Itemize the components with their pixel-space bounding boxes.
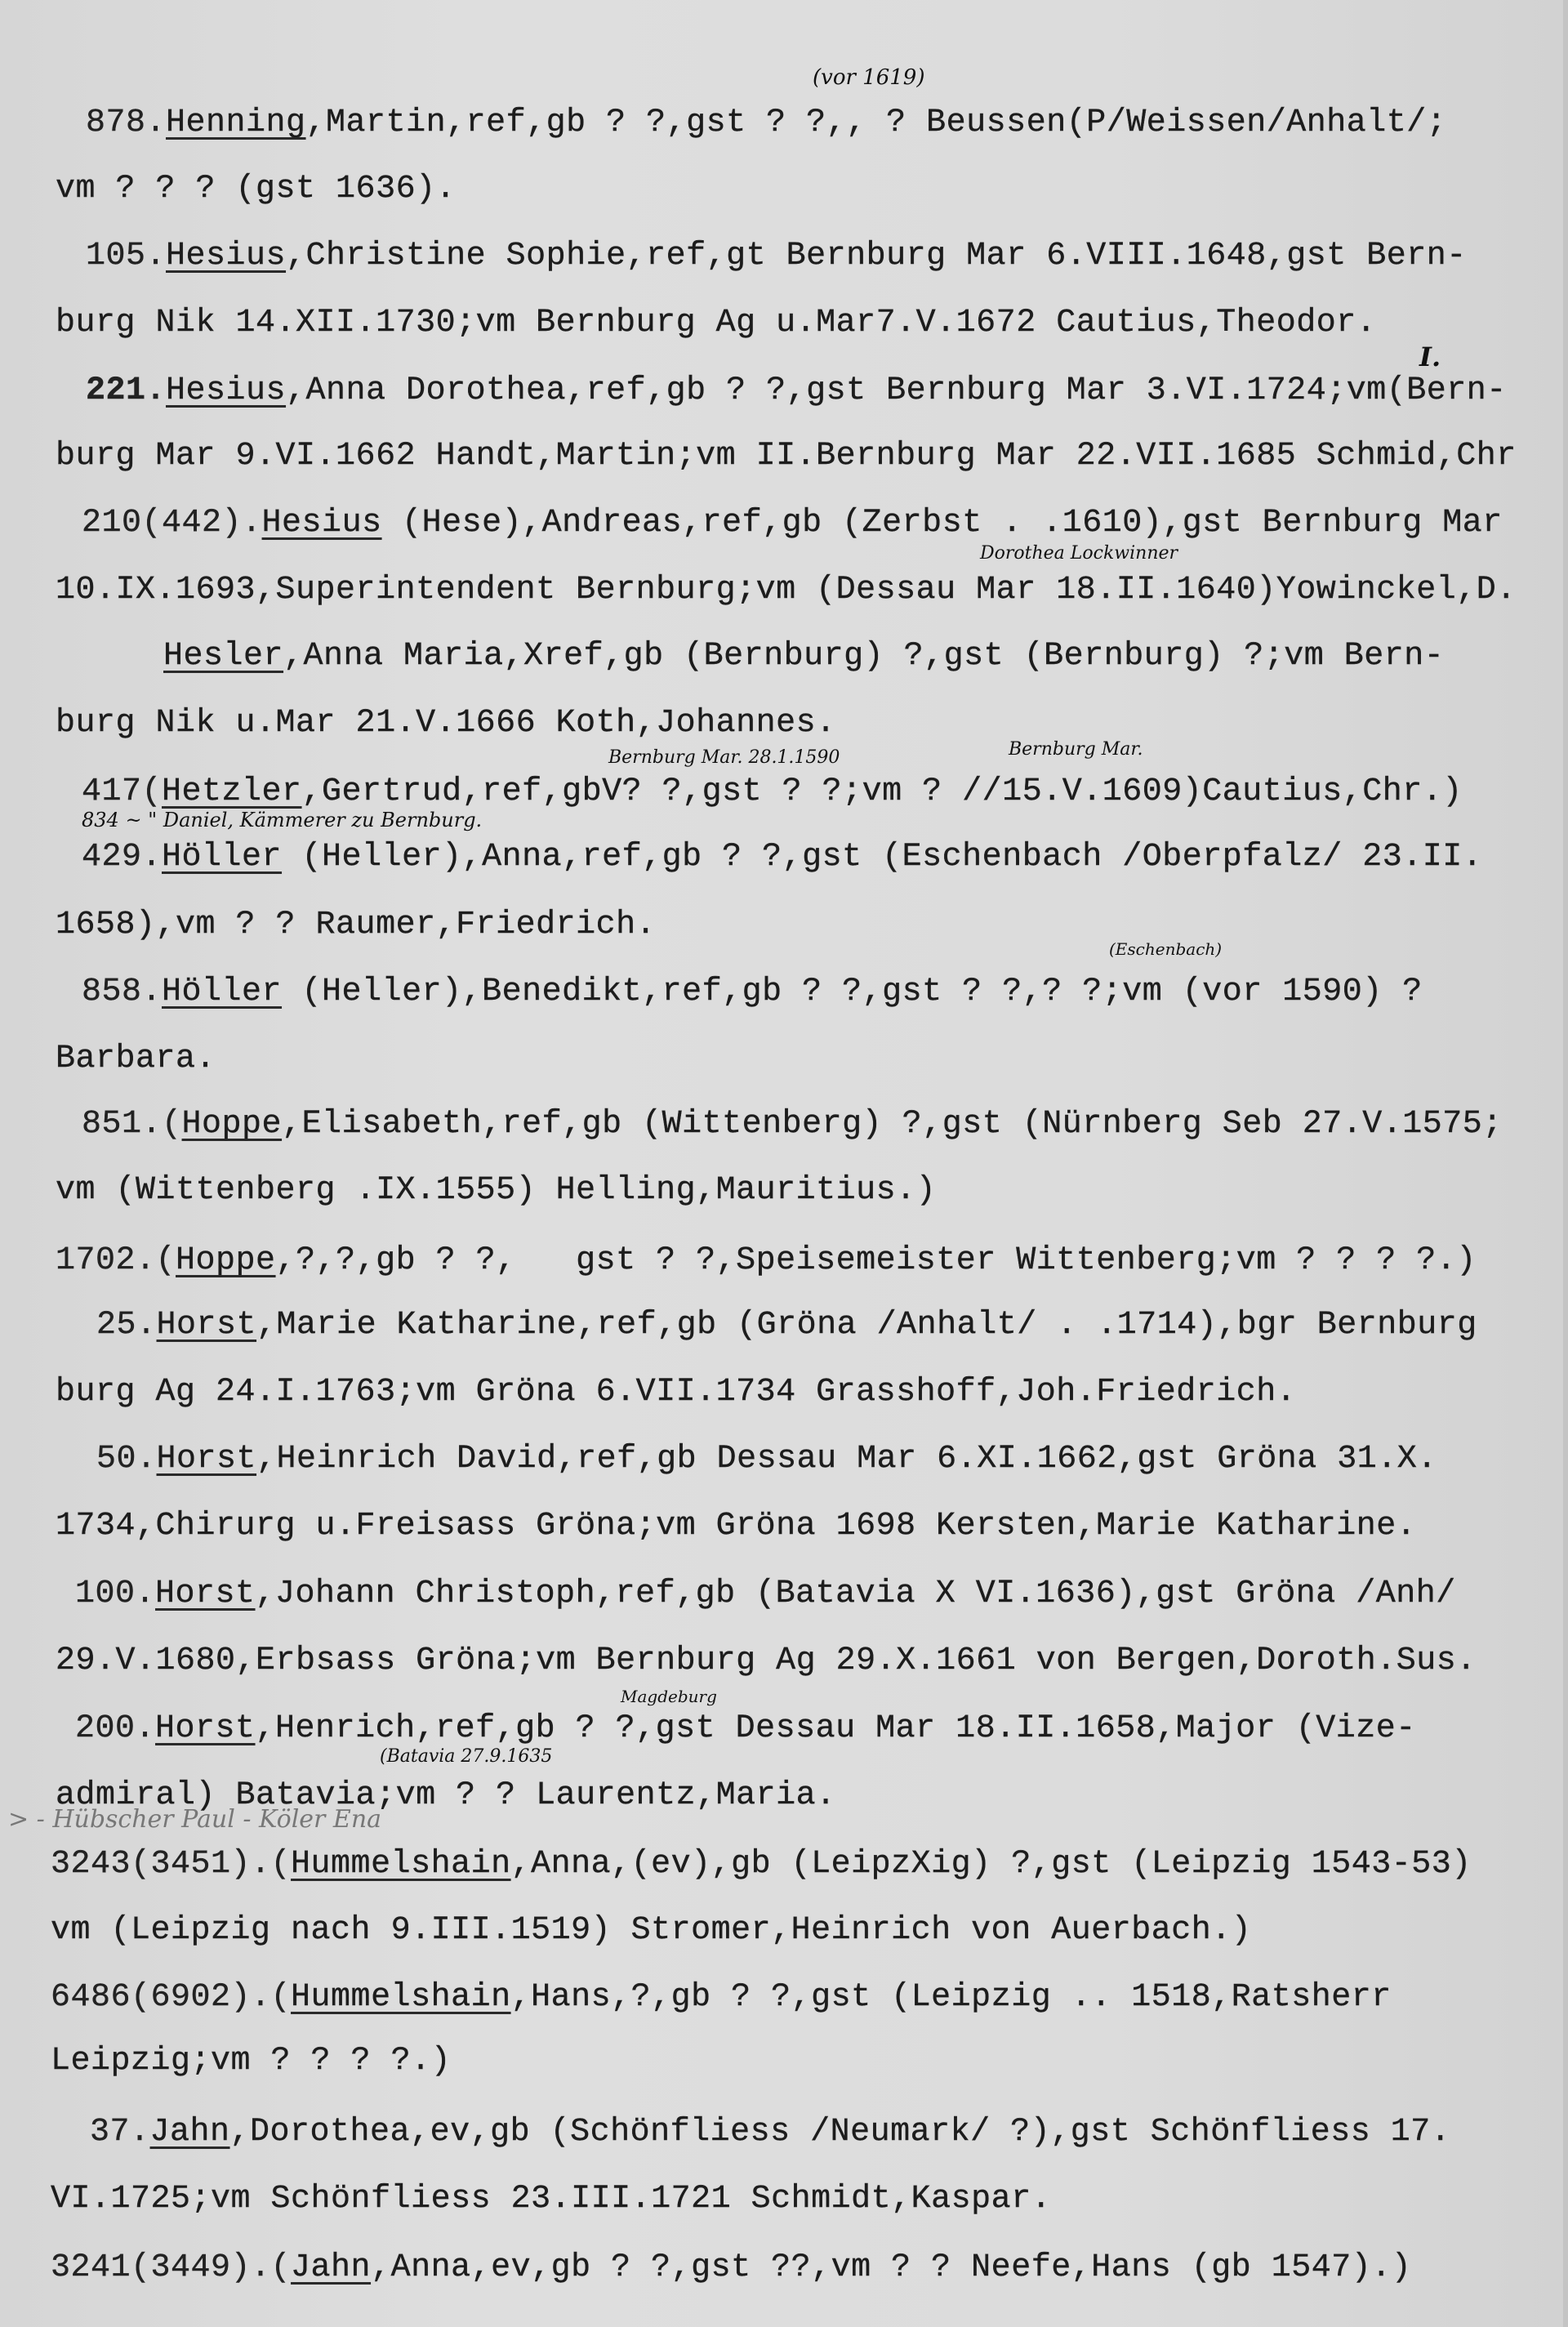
entry-number: 37. <box>90 2114 150 2151</box>
surname: Hesius <box>166 372 286 409</box>
entry-429-line-2: 1658),vm ? ? Raumer,Friedrich. <box>56 906 656 945</box>
entry-text: ,Hans,?,gb ? ?,gst (Leipzig .. 1518,Rats… <box>511 1979 1392 2016</box>
entry-3243-line-1: 3243(3451).(Hummelshain,Anna,(ev),gb (Le… <box>51 1845 1472 1884</box>
entry-text: (Hese),Andreas,ref,gb (Zerbst . .1610),g… <box>382 505 1503 542</box>
entry-417-line-1: 417(Hetzler,Gertrud,ref,gbV? ?,gst ? ?;v… <box>82 773 1463 812</box>
entry-37-line-1: 37.Jahn,Dorothea,ev,gb (Schönfliess /Neu… <box>90 2113 1450 2152</box>
entry-number: 858. <box>82 974 162 1010</box>
entry-number: 3241(3449).( <box>51 2249 291 2286</box>
entry-number: 100. <box>75 1576 155 1612</box>
entry-text: ,Heinrich David,ref,gb Dessau Mar 6.XI.1… <box>256 1441 1437 1478</box>
surname: Hummelshain <box>291 1979 511 2016</box>
entry-hesler-line-2: burg Nik u.Mar 21.V.1666 Koth,Johannes. <box>56 704 836 743</box>
page-edge <box>1563 0 1568 2327</box>
surname: Hetzler <box>162 773 302 810</box>
entry-number: 417( <box>82 773 162 810</box>
entry-221-line-1: 221.Hesius,Anna Dorothea,ref,gb ? ?,gst … <box>86 372 1507 411</box>
entry-851-line-1: 851.(Hoppe,Elisabeth,ref,gb (Wittenberg)… <box>82 1105 1503 1144</box>
entry-number: 200. <box>75 1710 155 1747</box>
entry-100-line-1: 100.Horst,Johann Christoph,ref,gb (Batav… <box>75 1575 1456 1614</box>
entry-6486-line-1: 6486(6902).(Hummelshain,Hans,?,gb ? ?,gs… <box>51 1978 1392 2017</box>
surname: Jahn <box>150 2114 230 2151</box>
entry-number: 1702.( <box>56 1242 176 1279</box>
entry-text: ,Anna Dorothea,ref,gb ? ?,gst Bernburg M… <box>286 372 1507 409</box>
entry-851-line-2: vm (Wittenberg .IX.1555) Helling,Mauriti… <box>56 1171 936 1210</box>
surname: Hesius <box>262 505 382 542</box>
entry-878-line-1: 878.Henning,Martin,ref,gb ? ?,gst ? ?,, … <box>86 104 1446 143</box>
surname: Horst <box>157 1441 257 1478</box>
entry-25-line-1: 25.Horst,Marie Katharine,ref,gb (Gröna /… <box>96 1306 1477 1345</box>
entry-number: 105. <box>86 238 166 274</box>
entry-number: 429. <box>82 839 162 876</box>
entry-1702-line-1: 1702.(Hoppe,?,?,gb ? ?, gst ? ?,Speiseme… <box>56 1242 1477 1281</box>
entry-210-line-1: 210(442).Hesius (Hese),Andreas,ref,gb (Z… <box>82 504 1503 543</box>
handwritten-note: 834 ~ " Daniel, Kämmerer zu Bernburg. <box>82 809 482 831</box>
entry-text: ,Christine Sophie,ref,gt Bernburg Mar 6.… <box>286 238 1467 274</box>
entry-25-line-2: burg Ag 24.I.1763;vm Gröna 6.VII.1734 Gr… <box>56 1373 1296 1412</box>
surname: Horst <box>155 1710 256 1747</box>
entry-text: ,Anna Maria,Xref,gb (Bernburg) ?,gst (Be… <box>283 638 1444 675</box>
entry-number: 878. <box>86 105 166 141</box>
handwritten-note: Bernburg Mar. 28.1.1590 <box>608 747 840 768</box>
entry-878-line-2: vm ? ? ? (gst 1636). <box>56 170 456 209</box>
entry-text: ,?,?,gb ? ?, gst ? ?,Speisemeister Witte… <box>276 1242 1477 1279</box>
entry-hesler-line-1: Hesler,Anna Maria,Xref,gb (Bernburg) ?,g… <box>163 637 1444 676</box>
entry-50-line-2: 1734,Chirurg u.Freisass Gröna;vm Gröna 1… <box>56 1507 1416 1546</box>
surname: Horst <box>155 1576 256 1612</box>
entry-text: ,Johann Christoph,ref,gb (Batavia X VI.1… <box>256 1576 1456 1612</box>
entry-105-line-1: 105.Hesius,Christine Sophie,ref,gt Bernb… <box>86 237 1467 276</box>
entry-3243-line-2: vm (Leipzig nach 9.III.1519) Stromer,Hei… <box>51 1911 1251 1950</box>
entry-number: 50. <box>96 1441 157 1478</box>
entry-6486-line-2: Leipzig;vm ? ? ? ?.) <box>51 2042 451 2081</box>
entry-200-line-1: 200.Horst,Henrich,ref,gb ? ?,gst Dessau … <box>75 1710 1416 1749</box>
handwritten-note: (vor 1619) <box>813 65 925 90</box>
surname: Horst <box>157 1307 257 1344</box>
entry-number: 3243(3451).( <box>51 1846 291 1883</box>
entry-text: ,Henrich,ref,gb ? ?,gst Dessau Mar 18.II… <box>256 1710 1416 1747</box>
handwritten-note: Magdeburg <box>621 1687 717 1706</box>
surname: Hoppe <box>182 1106 283 1143</box>
entry-number: 25. <box>96 1307 157 1344</box>
entry-100-line-2: 29.V.1680,Erbsass Gröna;vm Bernburg Ag 2… <box>56 1642 1477 1681</box>
entry-221-line-2: burg Mar 9.VI.1662 Handt,Martin;vm II.Be… <box>56 437 1517 476</box>
handwritten-note: Dorothea Lockwinner <box>980 543 1178 564</box>
handwritten-note: Bernburg Mar. <box>1009 739 1143 760</box>
entry-text: ,Marie Katharine,ref,gb (Gröna /Anhalt/ … <box>256 1307 1477 1344</box>
surname: Hummelshain <box>291 1846 511 1883</box>
entry-text: ,Martin,ref,gb ? ?,gst ? ?,, ? Beussen(P… <box>306 105 1447 141</box>
entry-text: ,Anna,(ev),gb (LeipzXig) ?,gst (Leipzig … <box>511 1846 1472 1883</box>
handwritten-note: I. <box>1419 341 1441 372</box>
surname: Höller <box>162 839 282 876</box>
entry-210-line-2: 10.IX.1693,Superintendent Bernburg;vm (D… <box>56 571 1517 610</box>
entry-105-line-2: burg Nik 14.XII.1730;vm Bernburg Ag u.Ma… <box>56 304 1376 343</box>
entry-number: 210(442). <box>82 505 262 542</box>
entry-number: 6486(6902).( <box>51 1979 291 2016</box>
handwritten-note: (Batavia 27.9.1635 <box>380 1746 552 1767</box>
entry-text: (Heller),Anna,ref,gb ? ?,gst (Eschenbach… <box>282 839 1482 876</box>
entry-858-line-2: Barbara. <box>56 1040 216 1079</box>
surname: Höller <box>162 974 282 1010</box>
entry-text: ,Anna,ev,gb ? ?,gst ??,vm ? ? Neefe,Hans… <box>371 2249 1411 2286</box>
entry-50-line-1: 50.Horst,Heinrich David,ref,gb Dessau Ma… <box>96 1440 1437 1479</box>
entry-text: ,Gertrud,ref,gbV? ?,gst ? ?;vm ? //15.V.… <box>302 773 1463 810</box>
entry-number: 221. <box>86 372 166 409</box>
handwritten-note: (Eschenbach) <box>1109 939 1222 959</box>
surname: Hoppe <box>176 1242 276 1279</box>
entry-text: ,Dorothea,ev,gb (Schönfliess /Neumark/ ?… <box>230 2114 1451 2151</box>
entry-text: (Heller),Benedikt,ref,gb ? ?,gst ? ?,? ?… <box>282 974 1423 1010</box>
surname: Hesler <box>163 638 283 675</box>
entry-429-line-1: 429.Höller (Heller),Anna,ref,gb ? ?,gst … <box>82 838 1482 877</box>
entry-text: ,Elisabeth,ref,gb (Wittenberg) ?,gst (Nü… <box>282 1106 1503 1143</box>
entry-37-line-2: VI.1725;vm Schönfliess 23.III.1721 Schmi… <box>51 2180 1051 2219</box>
handwritten-note: > - Hübscher Paul - Köler Ena <box>8 1805 381 1834</box>
entry-3241-line-1: 3241(3449).(Jahn,Anna,ev,gb ? ?,gst ??,v… <box>51 2249 1411 2288</box>
entry-number: 851.( <box>82 1106 182 1143</box>
surname: Hesius <box>166 238 286 274</box>
surname: Jahn <box>291 2249 371 2286</box>
entry-858-line-1: 858.Höller (Heller),Benedikt,ref,gb ? ?,… <box>82 973 1423 1012</box>
surname: Henning <box>166 105 306 141</box>
